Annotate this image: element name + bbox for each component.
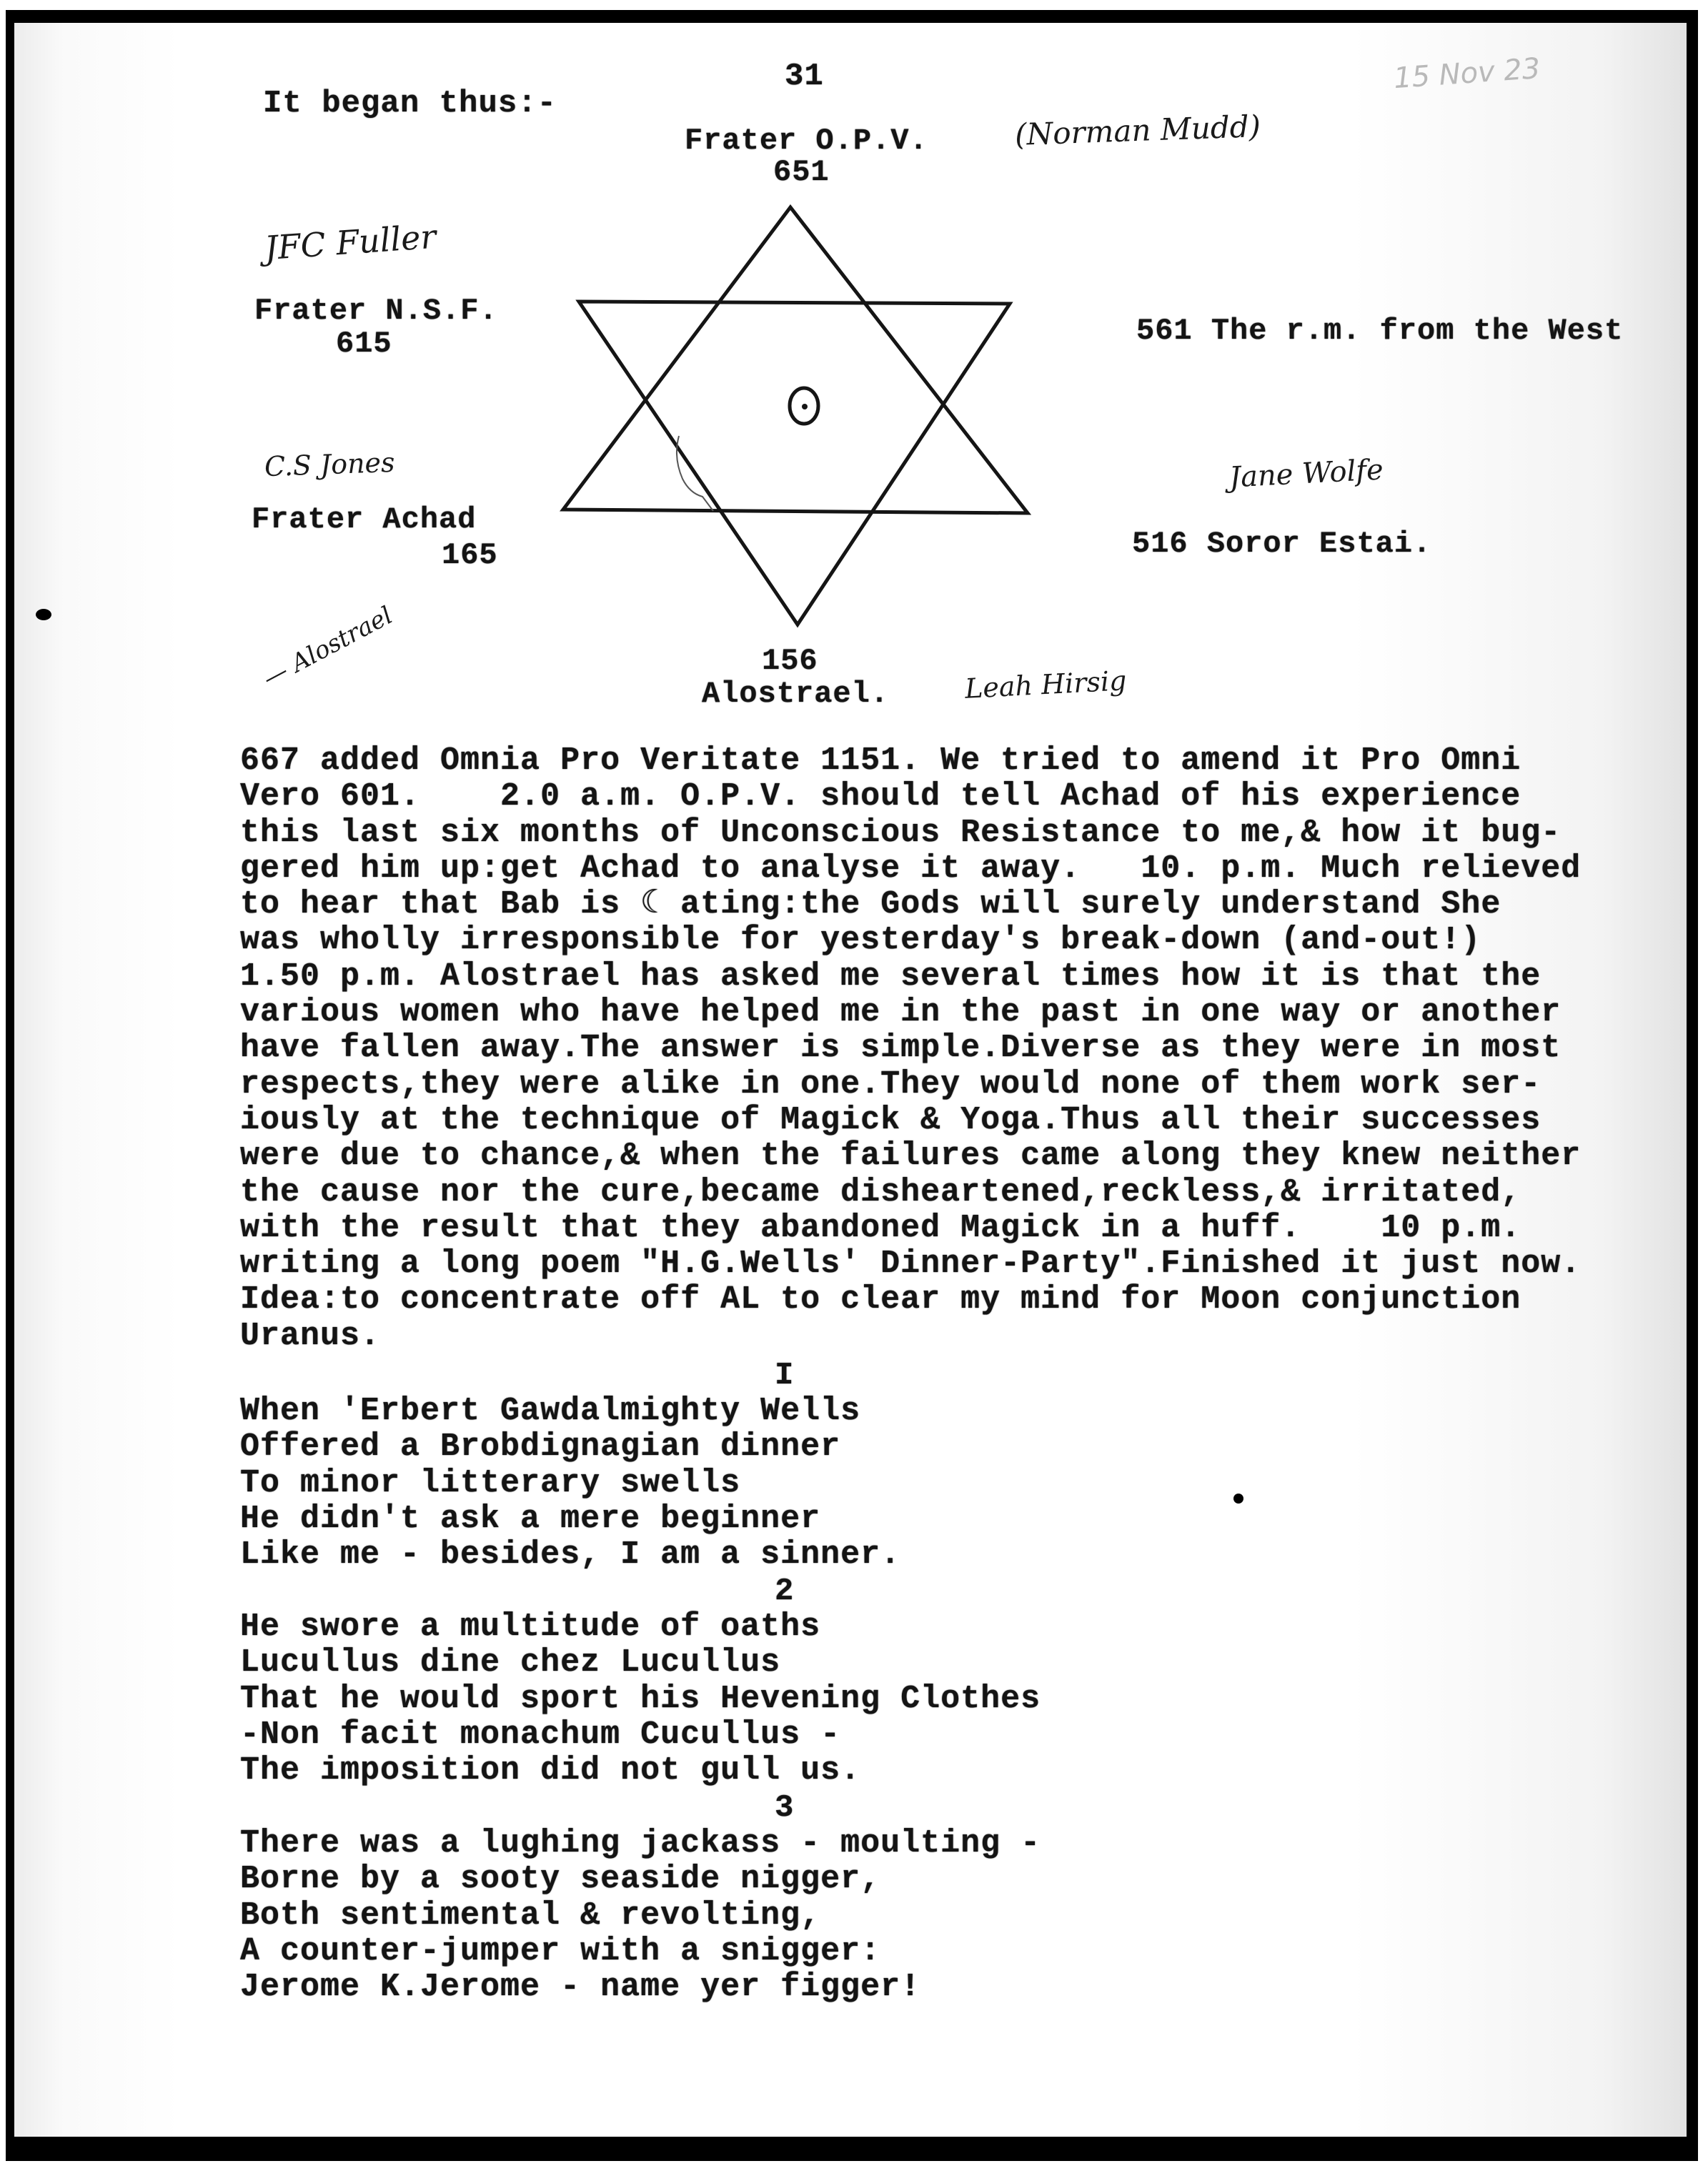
stanza: He swore a multitude of oathsLucullus di…	[240, 1609, 1041, 1789]
poem-line: Borne by a sooty seaside nigger,	[240, 1862, 1041, 1897]
diagram-lower-right-label: 516 Soror Estai.	[1132, 526, 1431, 562]
poem-line: He swore a multitude of oaths	[240, 1609, 1041, 1645]
diagram-top-title: Frater O.P.V.	[685, 123, 928, 159]
stanza-number: I	[775, 1358, 794, 1393]
stanza-number: 3	[775, 1790, 794, 1826]
diary-line: respects,they were alike in one.They wou…	[240, 1067, 1581, 1103]
poem-line: When 'Erbert Gawdalmighty Wells	[240, 1393, 900, 1429]
diary-line: writing a long poem "H.G.Wells' Dinner-P…	[240, 1246, 1581, 1282]
hexagram-diagram	[550, 193, 1051, 650]
diary-line: was wholly irresponsible for yesterday's…	[240, 923, 1581, 958]
diary-line: with the result that they abandoned Magi…	[240, 1211, 1581, 1246]
diary-line: Uranus.	[240, 1318, 1581, 1354]
poem-line: Offered a Brobdignagian dinner	[240, 1429, 900, 1465]
poem-line: Lucullus dine chez Lucullus	[240, 1645, 1041, 1681]
diagram-top-number: 651	[773, 154, 830, 190]
ink-dot	[1233, 1494, 1243, 1504]
diary-line: 1.50 p.m. Alostrael has asked me several…	[240, 959, 1581, 995]
stanza: When 'Erbert Gawdalmighty WellsOffered a…	[240, 1393, 900, 1573]
poem-line: Jerome K.Jerome - name yer figger!	[240, 1969, 1041, 2005]
ink-blot	[36, 609, 51, 620]
diary-line: the cause nor the cure,became dishearten…	[240, 1175, 1581, 1211]
poem-line: -Non facit monachum Cucullus -	[240, 1717, 1041, 1753]
diary-line: various women who have helped me in the …	[240, 995, 1581, 1030]
diagram-upper-left-number: 615	[336, 326, 392, 362]
poem-line: To minor litterary swells	[240, 1466, 900, 1501]
page-number: 31	[785, 59, 824, 94]
poem-line: A counter-jumper with a snigger:	[240, 1934, 1041, 1969]
diagram-upper-left-title: Frater N.S.F.	[254, 293, 498, 329]
diagram-bottom-title: Alostrael.	[702, 676, 889, 712]
diary-line: have fallen away.The answer is simple.Di…	[240, 1030, 1581, 1066]
intro-line: It began thus:-	[263, 86, 557, 121]
poem-line: There was a lughing jackass - moulting -	[240, 1826, 1041, 1862]
poem-line: Both sentimental & revolting,	[240, 1898, 1041, 1934]
diary-entry-text: 667 added Omnia Pro Veritate 1151. We tr…	[240, 743, 1581, 1354]
diagram-lower-left-number: 165	[442, 537, 498, 573]
stanza: There was a lughing jackass - moulting -…	[240, 1826, 1041, 2005]
diary-line: this last six months of Unconscious Resi…	[240, 815, 1581, 851]
poem-line: Like me - besides, I am a sinner.	[240, 1537, 900, 1573]
poem-line: The imposition did not gull us.	[240, 1753, 1041, 1789]
diary-line: to hear that Bab is ☾ ating:the Gods wil…	[240, 887, 1581, 923]
downward-triangle	[579, 302, 1010, 625]
diary-line: were due to chance,& when the failures c…	[240, 1138, 1581, 1174]
upward-triangle	[563, 207, 1028, 513]
diagram-lower-left-title: Frater Achad	[252, 502, 476, 537]
diary-line: 667 added Omnia Pro Veritate 1151. We tr…	[240, 743, 1581, 779]
sun-icon	[790, 388, 818, 424]
stanza-number: 2	[775, 1574, 794, 1609]
diary-line: Vero 601. 2.0 a.m. O.P.V. should tell Ac…	[240, 779, 1581, 815]
diary-line: Idea:to concentrate off AL to clear my m…	[240, 1282, 1581, 1318]
poem-line: That he would sport his Hevening Clothes	[240, 1681, 1041, 1717]
annotation-cs-jones: C.S Jones	[264, 447, 395, 482]
diagram-upper-right-label: 561 The r.m. from the West	[1136, 313, 1623, 349]
diary-line: iously at the technique of Magick & Yoga…	[240, 1103, 1581, 1138]
diary-line: gered him up:get Achad to analyse it awa…	[240, 851, 1581, 887]
poem-line: He didn't ask a mere beginner	[240, 1501, 900, 1537]
